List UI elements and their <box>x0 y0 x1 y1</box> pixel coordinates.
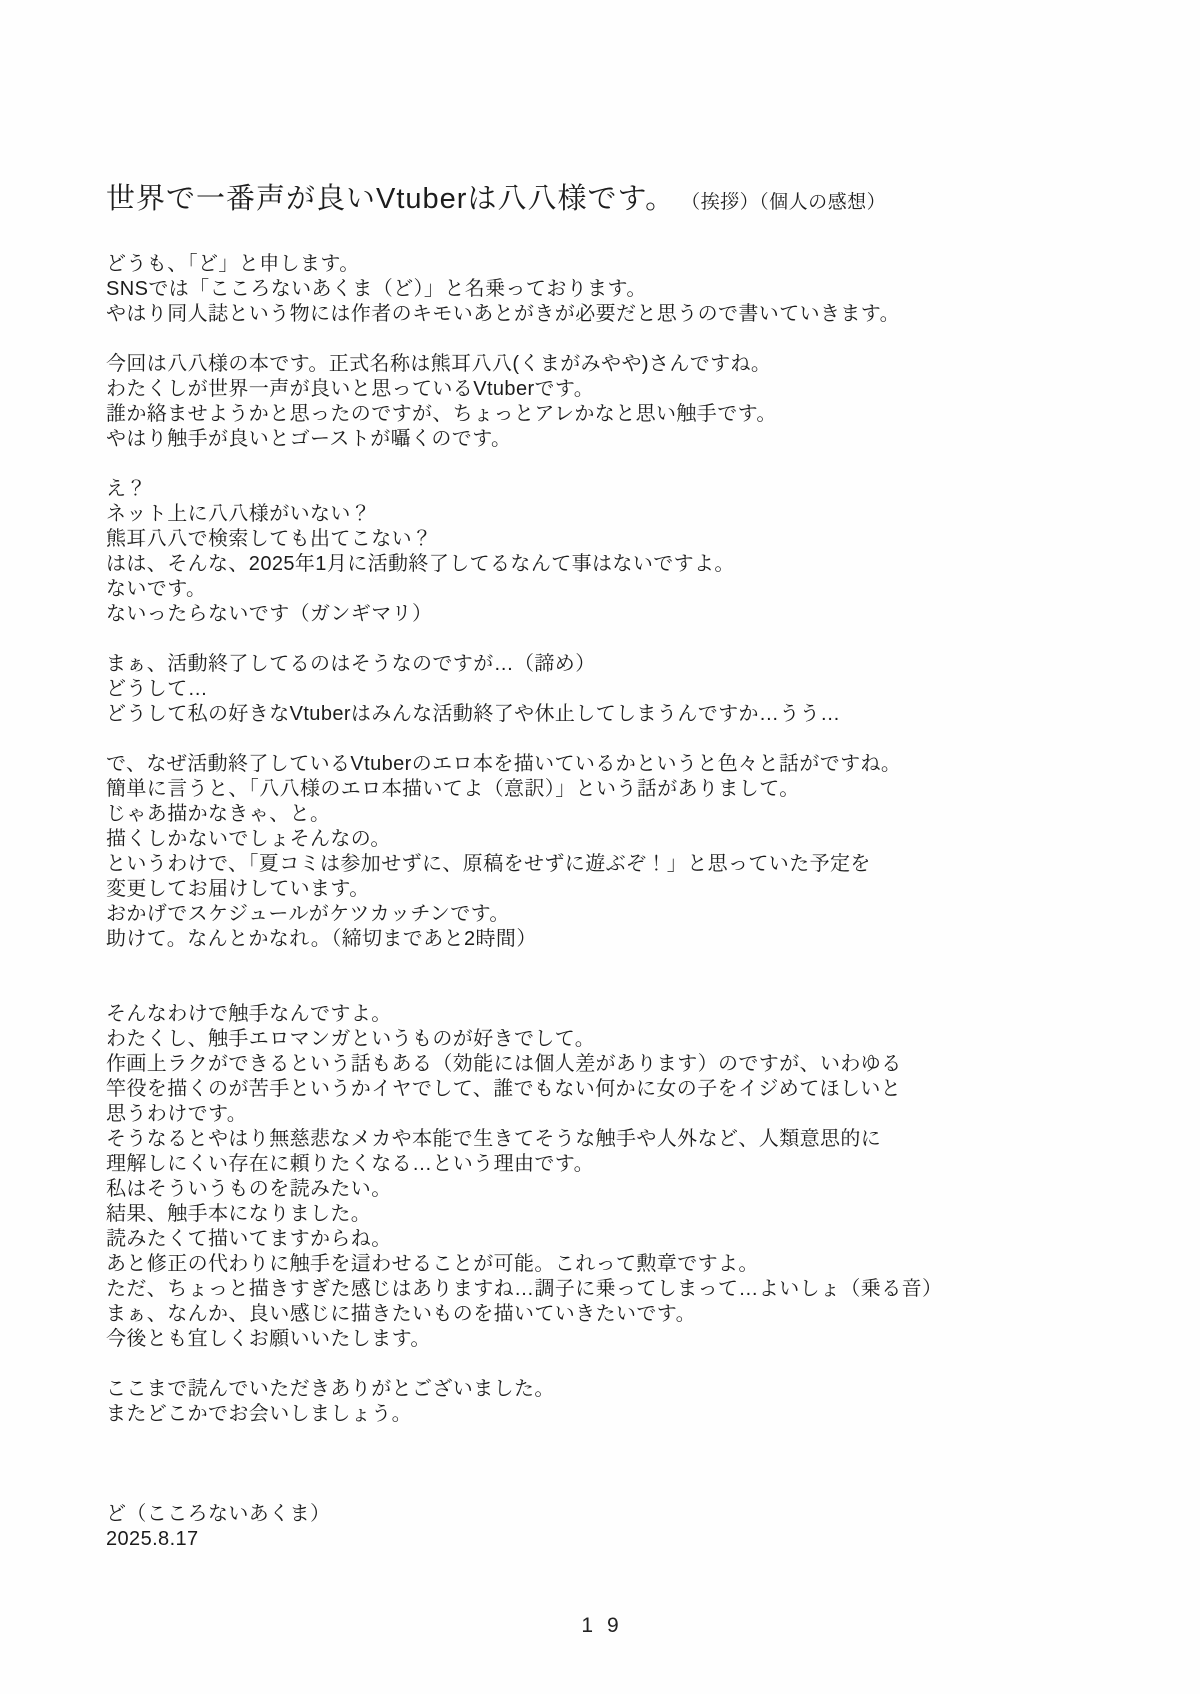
paragraph: で、なぜ活動終了しているVtuberのエロ本を描いているかというと色々と話がです… <box>106 752 1126 952</box>
text-line: 理解しにくい存在に頼りたくなる…という理由です。 <box>106 1152 1126 1177</box>
paragraph: どうも、「ど」と申します。SNSでは「こころないあくま（ど）」と名乗っております… <box>106 252 1126 327</box>
text-line: やはり触手が良いとゴーストが囁くのです。 <box>106 427 1126 452</box>
afterword-body: どうも、「ど」と申します。SNSでは「こころないあくま（ど）」と名乗っております… <box>106 252 1126 1577</box>
text-line: ど（こころないあくま） <box>106 1502 1126 1527</box>
page-number: 19 <box>0 1614 1200 1638</box>
text-line: あと修正の代わりに触手を這わせることが可能。これって勲章ですよ。 <box>106 1252 1126 1277</box>
text-line: 2025.8.17 <box>106 1527 1126 1552</box>
title-note-text: （挨拶）（個人の感想） <box>681 187 886 214</box>
text-line: 竿役を描くのが苦手というかイヤでして、誰でもない何かに女の子をイジめてほしいと <box>106 1077 1126 1102</box>
text-line: わたくし、触手エロマンガというものが好きでして。 <box>106 1027 1126 1052</box>
text-line: ないです。 <box>106 577 1126 602</box>
text-line: やはり同人誌という物には作者のキモいあとがきが必要だと思うので書いていきます。 <box>106 302 1126 327</box>
paragraph: ここまで読んでいただきありがとございました。またどこかでお会いしましょう。 <box>106 1377 1126 1427</box>
text-line: どうして私の好きなVtuberはみんな活動終了や休止してしまうんですか…うう… <box>106 702 1126 727</box>
text-line: 読みたくて描いてますからね。 <box>106 1227 1126 1252</box>
text-line: 作画上ラクができるという話もある（効能には個人差があります）のですが、いわゆる <box>106 1052 1126 1077</box>
paragraph: まぁ、活動終了してるのはそうなのですが…（諦め）どうして…どうして私の好きなVt… <box>106 652 1126 727</box>
text-line: じゃあ描かなきゃ、と。 <box>106 802 1126 827</box>
text-line: どうして… <box>106 677 1126 702</box>
text-line: 助けて。なんとかなれ。（締切まであと2時間） <box>106 927 1126 952</box>
text-line: SNSでは「こころないあくま（ど）」と名乗っております。 <box>106 277 1126 302</box>
text-line: ないったらないです（ガンギマリ） <box>106 602 1126 627</box>
text-line: はは、そんな、2025年1月に活動終了してるなんて事はないですよ。 <box>106 552 1126 577</box>
text-line: 熊耳八八で検索しても出てこない？ <box>106 527 1126 552</box>
text-line: 変更してお届けしています。 <box>106 877 1126 902</box>
paragraph: 今回は八八様の本です。正式名称は熊耳八八(くまがみやや)さんですね。わたくしが世… <box>106 352 1126 452</box>
text-line: 今回は八八様の本です。正式名称は熊耳八八(くまがみやや)さんですね。 <box>106 352 1126 377</box>
text-line: 結果、触手本になりました。 <box>106 1202 1126 1227</box>
text-line: そうなるとやはり無慈悲なメカや本能で生きてそうな触手や人外など、人類意思的に <box>106 1127 1126 1152</box>
text-line: まぁ、なんか、良い感じに描きたいものを描いていきたいです。 <box>106 1302 1126 1327</box>
text-line: まぁ、活動終了してるのはそうなのですが…（諦め） <box>106 652 1126 677</box>
text-line: え？ <box>106 477 1126 502</box>
text-line: 描くしかないでしょそんなの。 <box>106 827 1126 852</box>
paragraph: ど（こころないあくま）2025.8.17 <box>106 1502 1126 1552</box>
afterword-page: 世界で一番声が良いVtuberは八八様です。 （挨拶）（個人の感想） どうも、「… <box>0 0 1200 1694</box>
text-line: 私はそういうものを読みたい。 <box>106 1177 1126 1202</box>
text-line: 今後とも宜しくお願いいたします。 <box>106 1327 1126 1352</box>
page-title: 世界で一番声が良いVtuberは八八様です。 （挨拶）（個人の感想） <box>106 176 1146 217</box>
text-line: ネット上に八八様がいない？ <box>106 502 1126 527</box>
text-line: おかげでスケジュールがケツカッチンです。 <box>106 902 1126 927</box>
text-line: ここまで読んでいただきありがとございました。 <box>106 1377 1126 1402</box>
text-line: 簡単に言うと、「八八様のエロ本描いてよ（意訳）」という話がありまして。 <box>106 777 1126 802</box>
text-line: そんなわけで触手なんですよ。 <box>106 1002 1126 1027</box>
text-line: というわけで、「夏コミは参加せずに、原稿をせずに遊ぶぞ！」と思っていた予定を <box>106 852 1126 877</box>
text-line: で、なぜ活動終了しているVtuberのエロ本を描いているかというと色々と話がです… <box>106 752 1126 777</box>
text-line: 誰か絡ませようかと思ったのですが、ちょっとアレかなと思い触手です。 <box>106 402 1126 427</box>
paragraph: そんなわけで触手なんですよ。わたくし、触手エロマンガというものが好きでして。作画… <box>106 1002 1126 1352</box>
text-line: どうも、「ど」と申します。 <box>106 252 1126 277</box>
paragraph: え？ネット上に八八様がいない？熊耳八八で検索しても出てこない？はは、そんな、20… <box>106 477 1126 627</box>
title-text: 世界で一番声が良いVtuberは八八様です。 <box>106 176 675 217</box>
text-line: わたくしが世界一声が良いと思っているVtuberです。 <box>106 377 1126 402</box>
text-line: ただ、ちょっと描きすぎた感じはありますね…調子に乗ってしまって…よいしょ（乗る音… <box>106 1277 1126 1302</box>
text-line: 思うわけです。 <box>106 1102 1126 1127</box>
text-line: またどこかでお会いしましょう。 <box>106 1402 1126 1427</box>
